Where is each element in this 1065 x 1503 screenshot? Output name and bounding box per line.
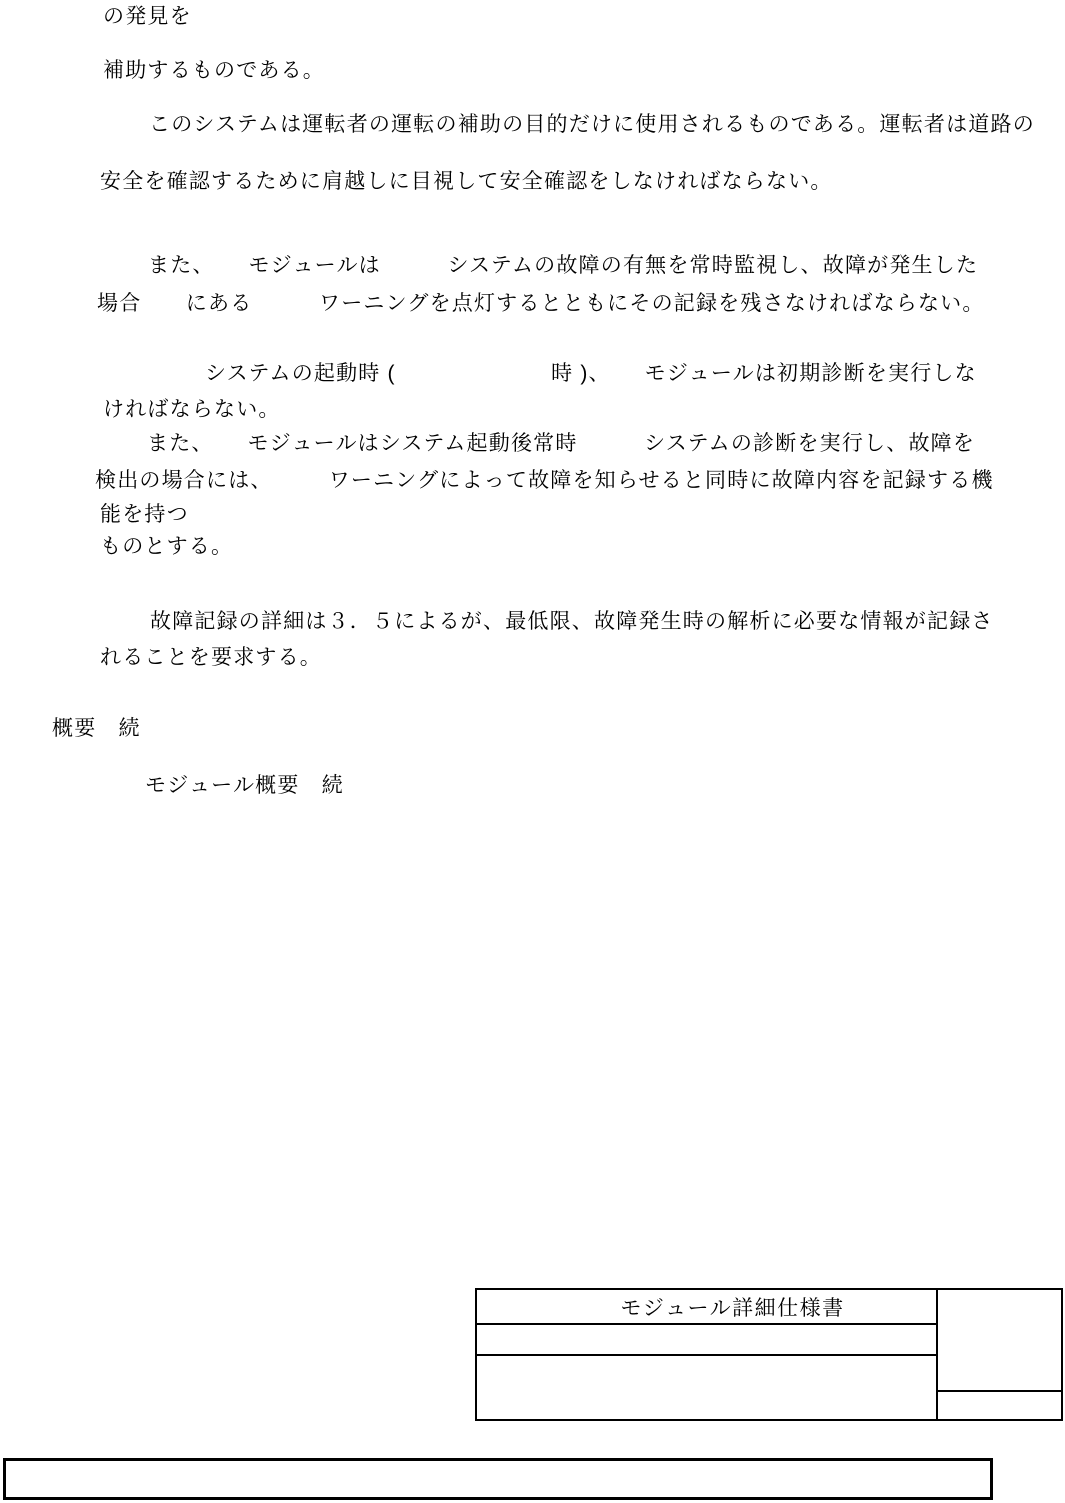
- spec-table-title-cell: モジュール詳細仕様書: [477, 1290, 936, 1325]
- footer-empty-box: [3, 1458, 993, 1500]
- subsection-heading: モジュール概要 続: [145, 773, 344, 798]
- doc-line: また、 モジュールは システムの故障の有無を常時監視し、故障が発生した: [148, 253, 978, 278]
- spec-table-empty-cell: [477, 1325, 936, 1356]
- doc-line: 場合 にある ワーニングを点灯するとともにその記録を残さなければならない。: [97, 291, 985, 316]
- doc-line: システムの起動時 ( 時 )、 モジュールは初期診断を実行しな: [205, 361, 977, 386]
- doc-line: また、 モジュールはシステム起動後常時 システムの診断を実行し、故障を: [147, 431, 975, 456]
- doc-line: 検出の場合には、 ワーニングによって故障を知らせると同時に故障内容を記録する機: [95, 468, 994, 493]
- spec-table-empty-cell: [477, 1356, 936, 1419]
- spec-title-block-table: モジュール詳細仕様書: [475, 1288, 1063, 1421]
- doc-line: 能を持つ: [100, 502, 189, 527]
- section-heading: 概要 続: [52, 716, 141, 741]
- spec-table-empty-cell: [938, 1290, 1061, 1392]
- spec-table-left-column: モジュール詳細仕様書: [477, 1290, 938, 1419]
- doc-line: 補助するものである。: [103, 58, 325, 83]
- doc-line: このシステムは運転者の運転の補助の目的だけに使用されるものである。運転者は道路の: [149, 112, 1035, 137]
- document-page: の発見を 補助するものである。 このシステムは運転者の運転の補助の目的だけに使用…: [0, 0, 1065, 1503]
- doc-line: ものとする。: [100, 534, 233, 559]
- spec-table-right-column: [938, 1290, 1061, 1419]
- doc-line: 安全を確認するために肩越しに目視して安全確認をしなければならない。: [100, 169, 833, 194]
- doc-line: の発見を: [103, 4, 192, 29]
- doc-line: れることを要求する。: [100, 645, 322, 670]
- spec-table-empty-cell: [938, 1392, 1061, 1419]
- doc-line: 故障記録の詳細は３．５によるが、最低限、故障発生時の解析に必要な情報が記録さ: [150, 609, 994, 634]
- doc-line: ければならない。: [103, 397, 281, 422]
